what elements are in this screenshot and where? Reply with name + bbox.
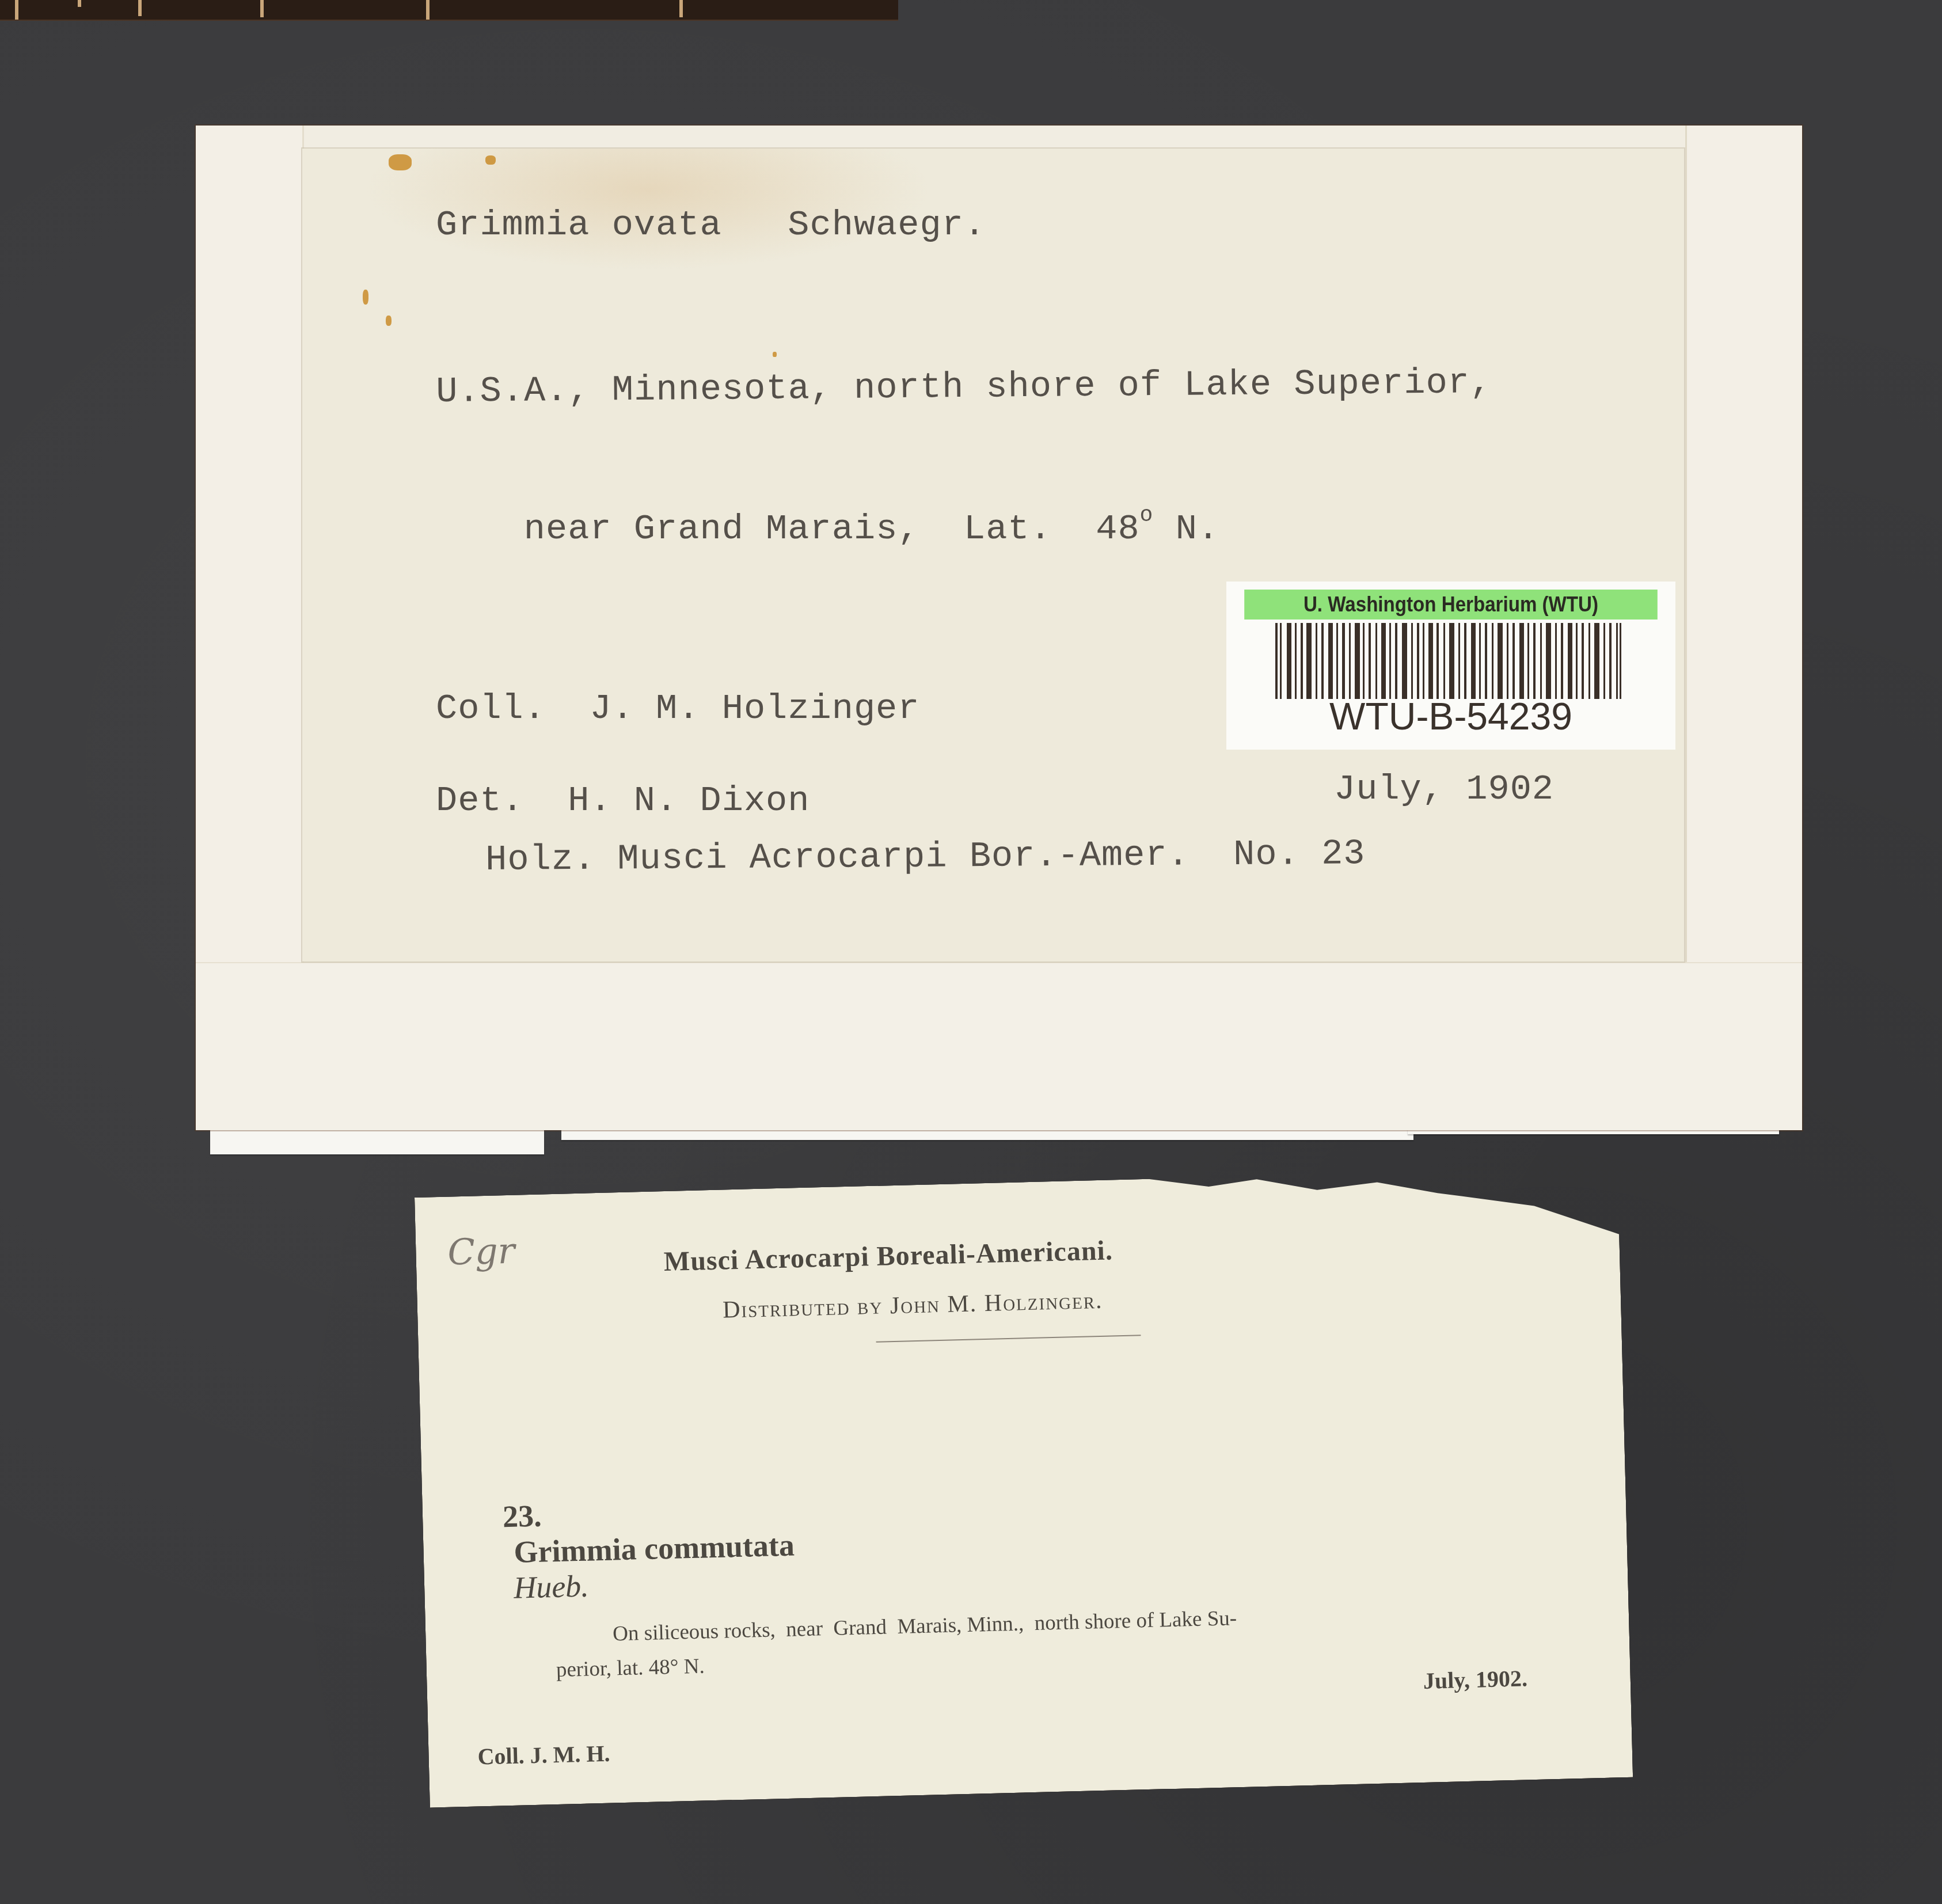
handwritten-annotation: Cgr (447, 1230, 516, 1274)
collector: Coll. J. M. Holzinger (436, 688, 920, 729)
typed-specimen-label: Grimmia ovata Schwaegr. U.S.A., Minnesot… (302, 149, 1684, 961)
institution-band: U. Washington Herbarium (WTU) (1244, 590, 1658, 620)
ruler-tick (15, 0, 18, 20)
locality-line-2-suffix: N. (1153, 508, 1219, 549)
ruler-tick (426, 0, 430, 20)
divider-rule (876, 1335, 1141, 1343)
scale-ruler (0, 0, 898, 21)
habitat-line-2: perior, lat. 48° N. (556, 1654, 705, 1683)
determiner: Det. H. N. Dixon (436, 780, 810, 821)
printed-exsiccata-label: Cgr Musci Acrocarpi Boreali-Americani. D… (415, 1167, 1633, 1808)
stain-spot (773, 352, 777, 357)
exsiccata-number: 23. (502, 1499, 542, 1534)
collector-printed: Coll. J. M. H. (477, 1740, 610, 1770)
exsiccata-reference: Holz. Musci Acrocarpi Bor.-Amer. No. 23 (485, 833, 1366, 880)
locality-line-2-prefix: near Grand Marais, Lat. 48 (524, 508, 1140, 549)
catalog-number: WTU-B-54239 (1226, 696, 1675, 737)
specimen-heading: 23. Grimmia commutata Hueb. (470, 1456, 797, 1643)
packet-fold-bottom (196, 962, 1802, 1130)
locality-line-1: U.S.A., Minnesota, north shore of Lake S… (436, 362, 1492, 412)
ruler-tick (78, 0, 81, 7)
stain-spot (485, 155, 496, 165)
date-printed: July, 1902. (1423, 1664, 1527, 1694)
stain-spot (363, 290, 368, 305)
taxon-author: Hueb. (513, 1569, 589, 1605)
ruler-tick (679, 0, 683, 17)
degree-symbol: o (1140, 503, 1154, 528)
collection-date: July, 1902 (1334, 769, 1554, 810)
barcode-label: U. Washington Herbarium (WTU) WTU-B-5423… (1226, 582, 1675, 750)
stain-spot (386, 316, 392, 326)
series-title: Musci Acrocarpi Boreali-Americani. (663, 1234, 1113, 1278)
distributor: Distributed by John M. Holzinger. (723, 1287, 1104, 1324)
taxon-name: Grimmia ovata Schwaegr. (436, 204, 986, 245)
locality-line-2: near Grand Marais, Lat. 48o N. (436, 462, 1219, 590)
ruler-tick (260, 0, 264, 17)
ruler-tick (138, 0, 142, 16)
barcode (1275, 623, 1621, 699)
taxon-name-printed: Grimmia commutata (514, 1528, 795, 1569)
stain-spot (389, 154, 412, 170)
